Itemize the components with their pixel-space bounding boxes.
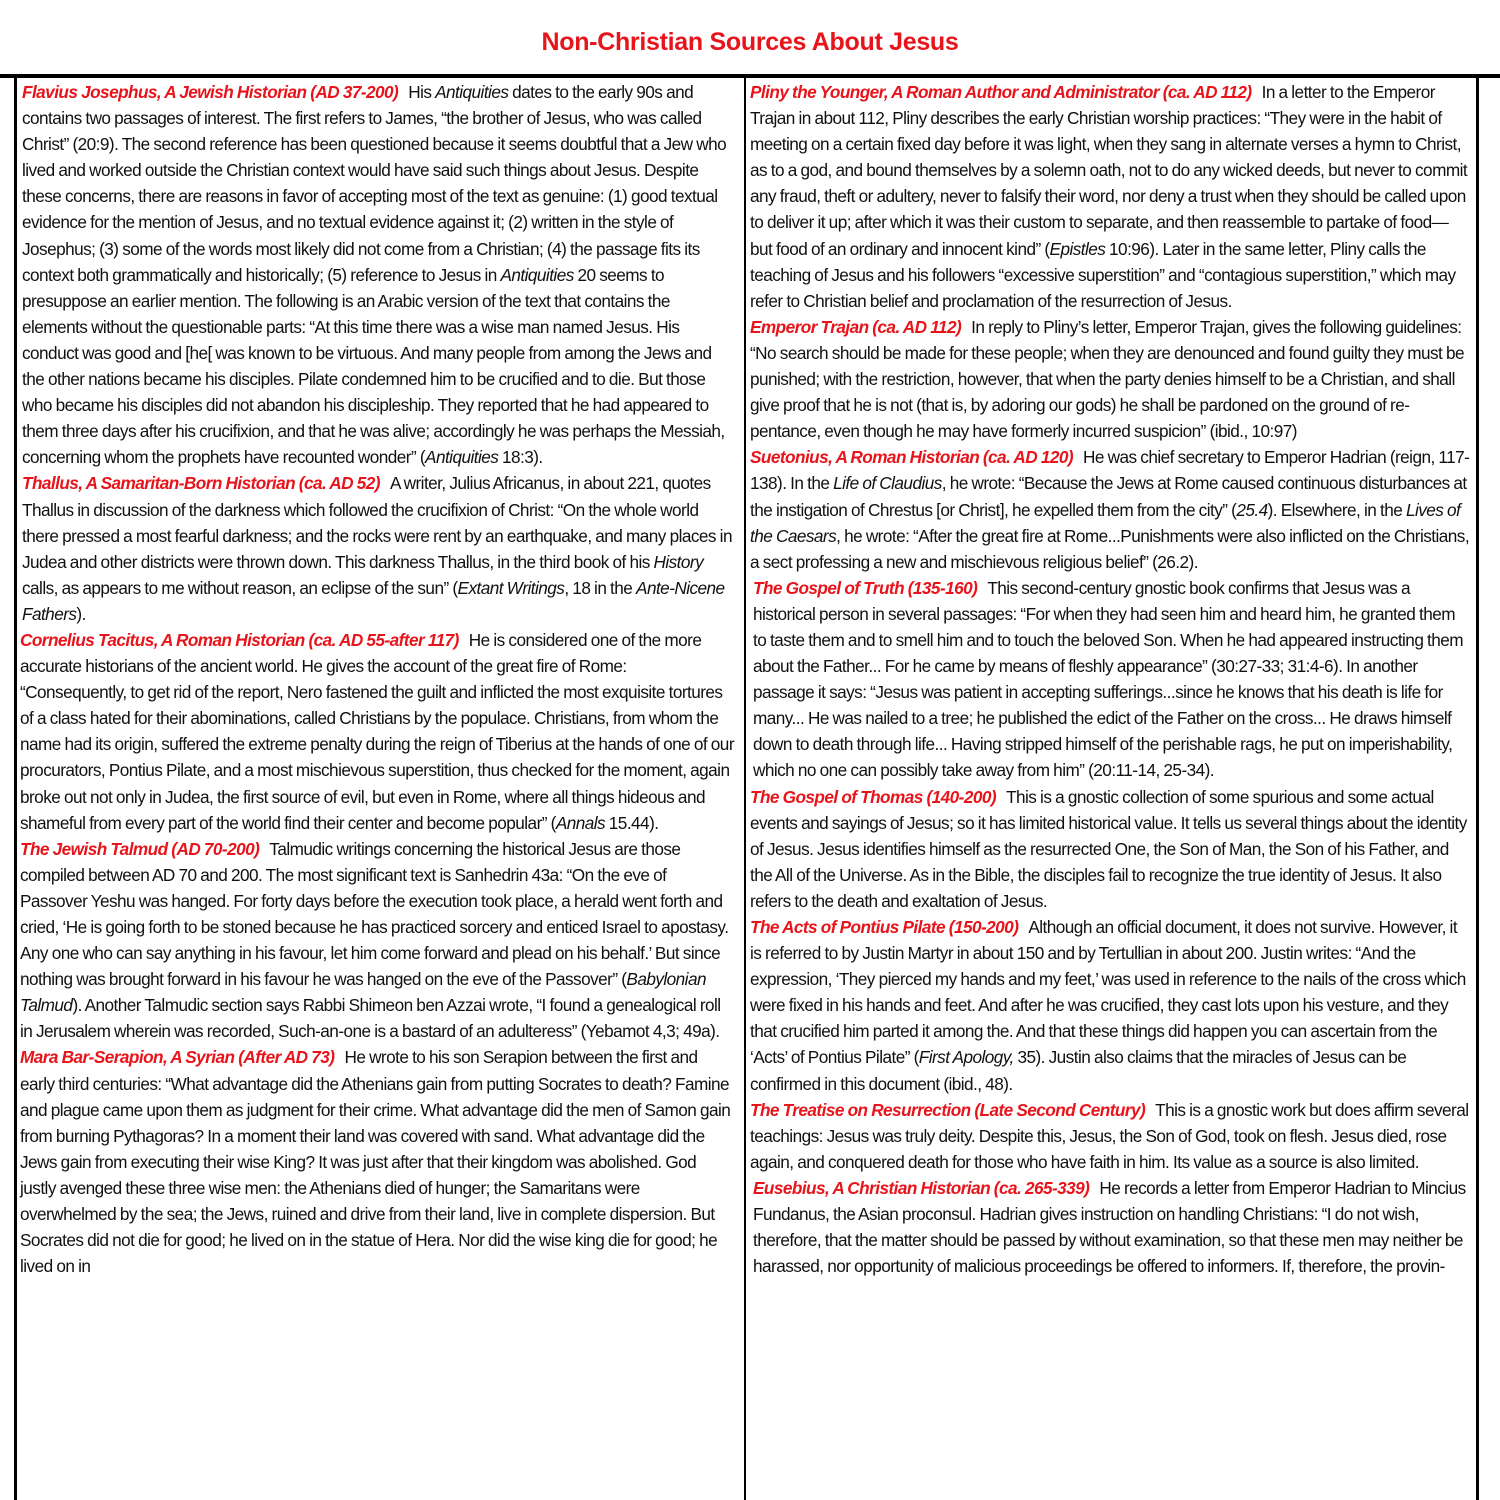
source-entry-eusebius: Eusebius, A Christian Historian (ca. 265… [753,1175,1470,1279]
body-text: 18:3). [498,447,542,467]
source-heading: The Gospel of Thomas (140-200) [750,787,996,807]
body-text: ). Elsewhere, in the [1268,500,1406,520]
source-body: In a letter to the Emperor Trajan in abo… [750,82,1467,311]
source-heading: Emperor Trajan (ca. AD 112) [750,317,961,337]
source-entry-flavius-josephus: Flavius Josephus, A Jewish Historian (AD… [22,79,734,470]
italic-citation: Life of Claudius [833,473,942,493]
body-text: ). [76,604,85,624]
source-entry-thallus: Thallus, A Samaritan-Born Historian (ca.… [22,470,734,627]
italic-citation: Antiquities [501,265,574,285]
source-body: He wrote to his son Serapion be­tween th… [20,1047,730,1276]
body-text: 15.44). [605,813,658,833]
source-heading: Mara Bar-Serapion, A Syrian (After AD 73… [20,1047,334,1067]
body-text: , he wrote: “After the great fire at Rom… [750,526,1469,572]
italic-citation: First Apology, [919,1047,1014,1067]
column-divider [744,74,746,1500]
source-heading: The Jewish Talmud (AD 70-200) [20,839,259,859]
source-body: Talmudic writings concerning the histori… [20,839,728,1042]
source-entry-the-gospel-of-truth: The Gospel of Truth (135-160)This second… [753,575,1470,784]
body-text: 20 seems to presuppose an earlier mentio… [22,265,725,468]
source-entry-the-jewish-talmud: The Jewish Talmud (AD 70-200)Talmudic wr… [20,836,734,1045]
body-text: Although an official document, it does n… [750,917,1466,1067]
body-text: This second-century gnostic book confirm… [753,578,1463,781]
source-heading: The Acts of Pontius Pilate (150-200) [750,917,1018,937]
table-right-border [1476,74,1479,1500]
source-entry-emperor-trajan: Emperor Trajan (ca. AD 112)In reply to P… [750,314,1470,444]
source-entry-pliny-the-younger: Pliny the Younger, A Roman Author and Ad… [750,79,1470,314]
source-body: His Antiquities dates to the early 90s a… [22,82,726,467]
left-column: Flavius Josephus, A Jewish Historian (AD… [22,79,734,1279]
page-title: Non-Christian Sources About Jesus [0,28,1500,57]
italic-citation: Extant Writings [458,578,565,598]
body-text: , 18 in the [564,578,636,598]
source-entry-mara-bar-serapion: Mara Bar-Serapion, A Syrian (After AD 73… [20,1044,734,1279]
body-text: He is considered one of the more accurat… [20,630,734,833]
body-text: In a letter to the Emperor Trajan in abo… [750,82,1467,259]
source-body: He is considered one of the more accurat… [20,630,734,833]
source-heading: Eusebius, A Christian Historian (ca. 265… [753,1178,1089,1198]
source-heading: Flavius Josephus, A Jewish Historian (AD… [22,82,398,102]
source-heading: The Treatise on Resurrection (Late Secon… [750,1100,1145,1120]
source-entry-the-treatise-on-resurrection: The Treatise on Resurrection (Late Secon… [750,1097,1470,1175]
body-text: His [408,82,435,102]
source-heading: Cornelius Tacitus, A Roman Historian (ca… [20,630,459,650]
table-top-border [0,74,1500,78]
table-left-border [14,74,17,1500]
body-text: He wrote to his son Serapion be­tween th… [20,1047,730,1276]
body-text: dates to the early 90s and contains two … [22,82,726,285]
source-entry-the-acts-of-pontius-pilate: The Acts of Pontius Pilate (150-200)Alth… [750,914,1470,1097]
source-heading: Suetonius, A Roman Historian (ca. AD 120… [750,447,1073,467]
italic-citation: History [654,552,704,572]
body-text: calls, as appears to me without reason, … [22,578,458,598]
source-heading: Pliny the Younger, A Roman Author and Ad… [750,82,1252,102]
source-body: This second-century gnostic book confirm… [753,578,1463,781]
source-heading: The Gospel of Truth (135-160) [753,578,977,598]
source-entry-cornelius-tacitus: Cornelius Tacitus, A Roman Historian (ca… [20,627,734,836]
source-heading: Thallus, A Samaritan-Born Historian (ca.… [22,473,380,493]
italic-citation: Epistles [1050,239,1106,259]
source-entry-suetonius: Suetonius, A Roman Historian (ca. AD 120… [750,444,1470,574]
source-body: A writer, Julius Africanus, in about 221… [22,473,732,623]
italic-citation: Antiquities [435,82,508,102]
body-text: Talmudic writings concerning the histori… [20,839,728,989]
italic-citation: Annals [556,813,605,833]
source-entry-the-gospel-of-thomas: The Gospel of Thomas (140-200)This is a … [750,784,1470,914]
italic-citation: 25.4 [1236,500,1267,520]
body-text: ). Another Talmudic section says Rabbi S… [20,995,721,1041]
source-body: Although an official document, it does n… [750,917,1466,1094]
italic-citation: Antiquities [425,447,498,467]
right-column: Pliny the Younger, A Roman Author and Ad… [750,79,1470,1279]
